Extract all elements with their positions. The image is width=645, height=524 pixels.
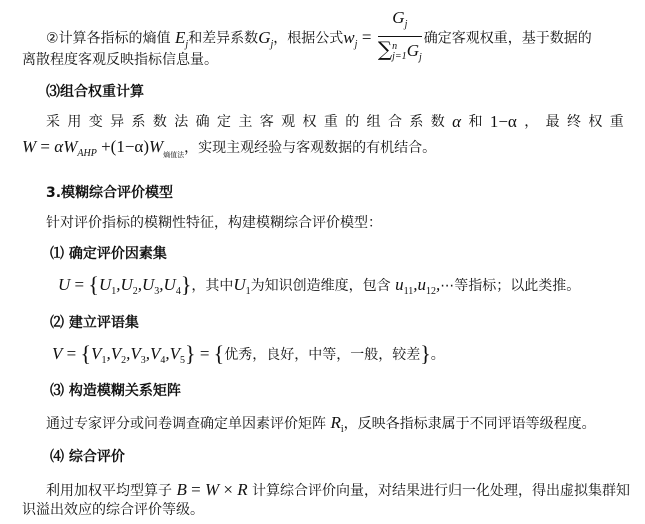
text-char: 数: [153, 112, 167, 132]
text-char: 客: [260, 112, 274, 132]
text-char: 变: [89, 112, 103, 132]
fuzzy-model-intro: 针对评价指标的模糊性特征，构建模糊综合评价模型：: [46, 213, 382, 233]
text-char: 定: [217, 112, 231, 132]
para-entropy-line1: ②计算各指标的熵值 Ej和差异系数Gj，根据公式wj = Gj ∑nj=1Gj …: [46, 8, 592, 48]
text-char: 权: [588, 112, 602, 132]
text-char: 组: [367, 112, 381, 132]
evaluation-line1: 利用加权平均型算子 B = W × R 计算综合评价向量，对结果进行归一化处理，…: [46, 480, 630, 501]
text-char: 和: [468, 112, 482, 132]
text-char: 法: [174, 112, 188, 132]
text-char: 主: [238, 112, 252, 132]
text-char: 1−α: [490, 112, 517, 132]
factor-set-line: U = {U1,U2,U3,U4}，其中U1为知识创造维度，包含 u11,u12…: [58, 275, 580, 302]
text: 确定客观权重，基于数据的: [424, 31, 592, 47]
comment-set-line: V = {V1,V2,V3,V4,V5} = {优秀，良好，中等，一般，较差}。: [52, 344, 445, 371]
text-char: 确: [196, 112, 210, 132]
text-char: 重: [324, 112, 338, 132]
math-G: Gj: [258, 28, 273, 47]
text-char: 数: [431, 112, 445, 132]
text-char: 异: [110, 112, 124, 132]
text-char: ，: [524, 112, 538, 132]
text: 计算各指标的熵值: [59, 31, 171, 47]
step2-heading: ⑵ 建立评语集: [50, 313, 139, 333]
text: 和差异系数: [188, 31, 258, 47]
weight-fraction: Gj ∑nj=1Gj: [378, 8, 422, 69]
text-char: 用: [67, 112, 81, 132]
math-E: Ej: [175, 28, 188, 47]
text-char: 系: [132, 112, 146, 132]
math-w: wj: [343, 28, 357, 47]
para-entropy-line2: 离散程度客观反映指标信息量。: [22, 50, 218, 70]
sum-icon: ∑: [378, 37, 392, 61]
section-heading-combined-weight: ⑶组合权重计算: [46, 82, 144, 102]
step4-heading: ⑷ 综合评价: [50, 447, 125, 467]
step3-heading: ⑶ 构造模糊关系矩阵: [50, 381, 181, 401]
combined-weight-line2: W = αWAHP +(1−α)W熵值法，实现主观经验与客观数据的有机结合。: [22, 137, 436, 165]
text-char: 采: [46, 112, 60, 132]
section-heading-fuzzy-model: 3.模糊综合评价模型: [46, 183, 173, 203]
text-char: 终: [567, 112, 581, 132]
evaluation-line2: 识溢出效应的综合评价等级。: [22, 500, 204, 520]
text-char: 权: [303, 112, 317, 132]
text-char: 观: [281, 112, 295, 132]
step1-heading: ⑴ 确定评价因素集: [50, 244, 167, 264]
circled-number: ②: [46, 31, 59, 47]
text-char: 的: [345, 112, 359, 132]
fraction-numerator: Gj: [378, 8, 422, 37]
text-char: 系: [409, 112, 423, 132]
text: ，根据公式: [273, 31, 343, 47]
fraction-denominator: ∑nj=1Gj: [378, 37, 422, 69]
text-char: 重: [610, 112, 624, 132]
combined-weight-line1: 采用变异系数法确定主客观权重的组合系数α和1−α，最终权重: [46, 112, 624, 132]
text-char: α: [452, 112, 461, 132]
math-W: W: [22, 137, 36, 156]
relation-matrix-line: 通过专家评分或问卷调查确定单因素评价矩阵 Ri，反映各指标隶属于不同评语等级程度…: [46, 413, 596, 440]
text-char: 最: [546, 112, 560, 132]
math-eq: =: [362, 28, 372, 47]
text-char: 合: [388, 112, 402, 132]
